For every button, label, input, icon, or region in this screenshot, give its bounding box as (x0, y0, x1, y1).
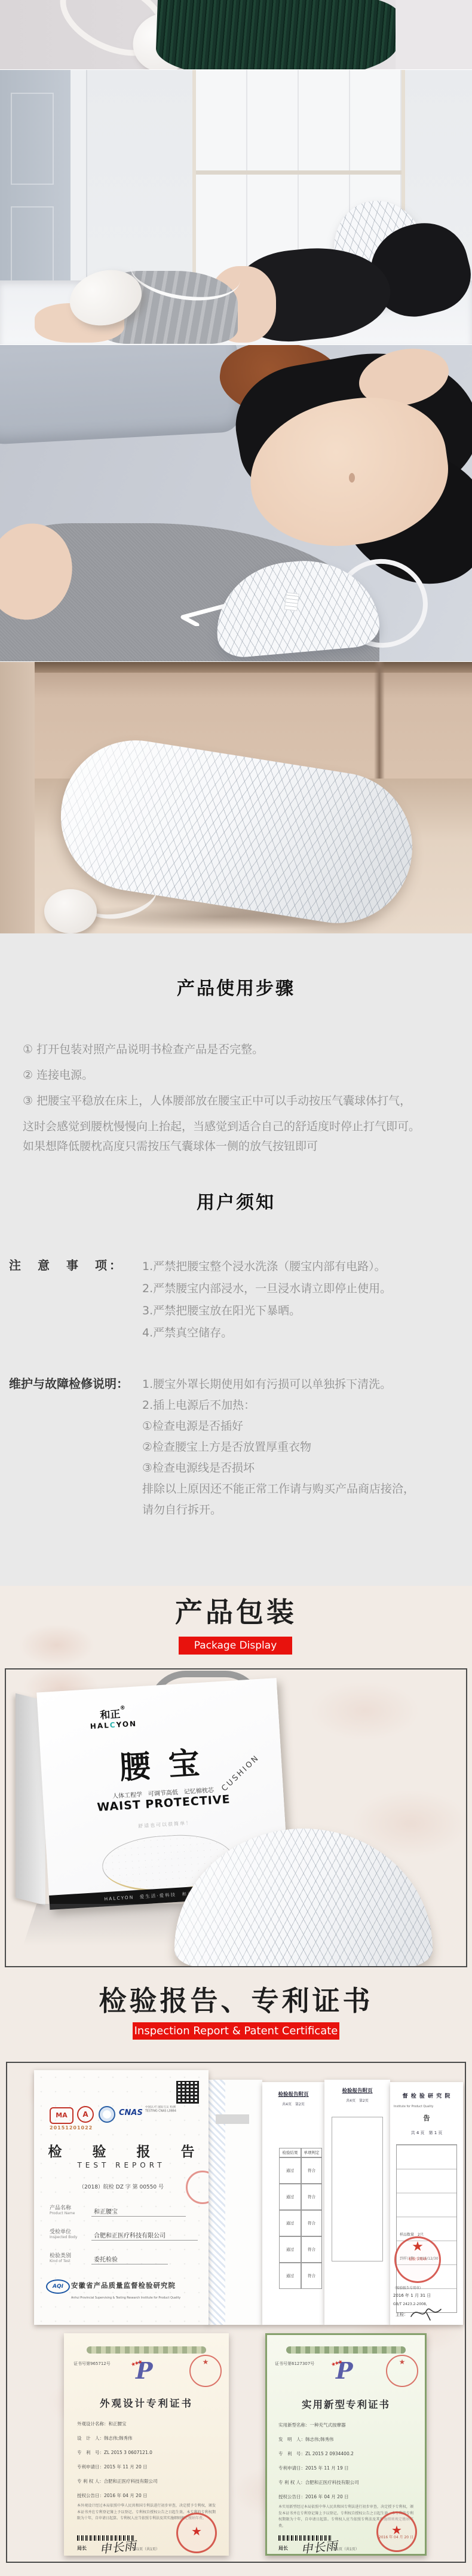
notice-item: 3.严禁把腰宝放在阳光下暴晒。 (142, 1300, 391, 1322)
sofa-armrest (0, 662, 35, 933)
notice-label: 注 意 事 项： (9, 1256, 124, 1273)
table-cell: 通过 (279, 2263, 301, 2289)
ilac-logo (99, 2106, 115, 2123)
maintenance-item: 排除以上原因还不能正常工作请与购买产品商店接洽， (142, 1479, 415, 1500)
field-label-en: Kind of Test (50, 2259, 71, 2263)
field-value: 合肥和正医疗科技有限公司 (91, 2230, 198, 2241)
form-outline (332, 2117, 383, 2261)
bedding-right (396, 0, 472, 69)
report-attachment-page-2: 检验报告附页 共4页 第2页 (324, 2080, 390, 2325)
table-cell: 符合 (301, 2157, 322, 2184)
photo-side-sleeping (0, 70, 472, 344)
maintenance-item: 1.腰宝外罩长期使用如有污损可以单独拆下清洗。 (142, 1374, 415, 1395)
photo-back-lying (0, 345, 472, 661)
gray-head-pillow (0, 345, 241, 445)
notice-title: 用户须知 (0, 1188, 472, 1214)
page-no: 共 4 页 第 1 页 (390, 2130, 463, 2136)
sofa-back-gap (0, 662, 472, 673)
chief-check-label: 主检： (396, 2312, 408, 2318)
ornament-band (286, 2346, 406, 2354)
usage-step-3: ③ 把腰宝平稳放在床上，人体腰部放在腰宝正中可以手动按压气囊球体打气， (23, 1092, 411, 1108)
usage-step-1: ① 打开包装对照产品说明书检查产品是否完整。 (23, 1040, 263, 1057)
attachment-header: 检验报告附页 (262, 2090, 324, 2098)
red-office-stamp: ★ (189, 2355, 222, 2387)
cnas-logo: CNAS (119, 2108, 143, 2117)
patent-field: 专 利 权 人：合肥和正医疗科技有限公司 (278, 2479, 359, 2486)
patent-office-emblem: P ★★★ (336, 2357, 372, 2392)
grant-date: 2016 年 04 月 20 日 (379, 2534, 413, 2540)
cal-logo: A (77, 2106, 94, 2123)
table-cell: 符合 (301, 2210, 322, 2236)
qr-code (176, 2081, 199, 2104)
notice-item: 2.严禁腰宝内部浸水，一旦浸水请立即停止使用。 (142, 1278, 391, 1300)
inspection-seal: ★ 检验专用章 (394, 2236, 441, 2283)
star-icon: ★ (178, 2514, 215, 2548)
package-photo-frame: 和正® HALCYON 腰 宝 CUSHION 人体工程学 可调节高低 记忆棉枕… (5, 1668, 467, 1967)
certs-title: 检验报告、专利证书 (0, 1979, 472, 2019)
institute-header: 督 检 验 研 究 院 (390, 2092, 463, 2099)
certificate-number: 证书号第6127307号 (275, 2361, 314, 2367)
ornament-band (87, 2346, 206, 2354)
notice-items: 1.严禁把腰宝整个浸水洗涤（腰宝内部有电路）。 2.严禁腰宝内部浸水，一旦浸水请… (142, 1256, 391, 1344)
screen-bar (196, 170, 401, 175)
maintenance-item: 2.插上电源后不加热： (142, 1395, 415, 1416)
certificate-title: 实用新型专利证书 (265, 2397, 427, 2411)
report-attachment-page: 检验报告附页 共4页 第2页 检验结果单项判定 通过符合 通过符合 通过符合 通… (262, 2082, 324, 2325)
gray-tab (216, 2114, 249, 2124)
maintenance-item: ①检查电源是否插好 (142, 1416, 415, 1437)
maintenance-items: 1.腰宝外罩长期使用如有污损可以单独拆下清洗。 2.插上电源后不加热： ①检查电… (142, 1374, 415, 1521)
page-footer: 第1页（共1页） (64, 2546, 229, 2551)
field-label-en: Inspected Body (50, 2235, 77, 2239)
package-tag-text: Package Display (194, 1640, 277, 1652)
star-icon: ★ (378, 2513, 415, 2547)
seal-note: （检验报告专用章） (393, 2285, 423, 2290)
certificates-frame: 检验报告附页 共4页 第2页 检验结果单项判定 通过符合 通过符合 通过符合 通… (6, 2062, 466, 2563)
table-cell: 通过 (279, 2184, 301, 2210)
report-field: 受检单位 Inspected Body (50, 2229, 77, 2239)
result-table: 检验结果单项判定 通过符合 通过符合 通过符合 通过符合 通过符合 (279, 2148, 322, 2289)
patent-field: 专 利 号：ZL 2015 3 0607121.0 (77, 2449, 152, 2456)
navel (349, 473, 355, 483)
attachment-page-no: 共4页 第2页 (324, 2098, 390, 2103)
usage-step-3-cont2: 如果想降低腰枕高度只需按压气囊球体一侧的放气按钮即可 (23, 1137, 318, 1153)
air-pump-bulb (44, 889, 97, 933)
box-brand: 和正® HALCYON (89, 1705, 137, 1731)
field-value: 和正腰宝 (91, 2206, 186, 2217)
door-panel (11, 93, 54, 185)
field-value: 委托检验 (91, 2254, 168, 2264)
table-cell: 符合 (301, 2236, 322, 2263)
institute-header-en: Institute for Product Quality (390, 2100, 463, 2111)
usage-title: 产品使用步骤 (0, 973, 472, 1000)
patent-field: 专利申请日：2015 年 11 月 19 日 (278, 2465, 349, 2471)
photo-sofa-pillow (0, 662, 472, 933)
package-title: 产品包装 (0, 1591, 472, 1630)
notice-item: 4.严禁真空储存。 (142, 1322, 391, 1344)
maintenance-label: 维护与故障检修说明： (9, 1374, 128, 1391)
sofa-cushion-seam (374, 662, 385, 785)
star-icon: ★ (191, 2356, 220, 2368)
red-office-stamp: ★ (386, 2355, 418, 2387)
usage-step-2: ② 连接电源。 (23, 1066, 93, 1082)
report-char: 告 (390, 2113, 463, 2123)
usage-step-3-cont: 这时会感觉到腰枕慢慢向上抬起，当感觉到适合自己的舒适度时停止打气即可。 (23, 1118, 420, 1134)
patent-field: 外观设计名称：和正腰宝 (77, 2421, 127, 2427)
table-cell: 通过 (279, 2210, 301, 2236)
report-title-en: TEST REPORT (34, 2161, 209, 2169)
certificate-title: 外观设计专利证书 (64, 2395, 229, 2410)
photo-bed-scene-top (0, 0, 472, 69)
patent-field: 实用新型名称：一种充气式按摩器 (278, 2422, 346, 2428)
patent-field: 专 利 权 人：合肥和正医疗科技有限公司 (77, 2478, 158, 2485)
report-page-blank (207, 2080, 262, 2325)
table-cell: 通过 (279, 2157, 301, 2184)
attachment-header: 检验报告附页 (324, 2087, 390, 2094)
table-cell: 符合 (301, 2263, 322, 2289)
field-label-cn: 产品名称 (50, 2205, 75, 2211)
patent-field: 授权公告日：2016 年 04 月 20 日 (77, 2492, 148, 2499)
box-slogan: 舒适也可以很简单！ (45, 1814, 285, 1836)
patent-field: 授权公告日：2016 年 04 月 20 日 (278, 2493, 349, 2500)
table-header: 单项判定 (301, 2148, 322, 2157)
green-pajama-fabric (155, 0, 400, 69)
field-label-en: Product Name (50, 2211, 75, 2215)
institute-name-en: Anhui Provincial Supervising & Testing R… (71, 2291, 203, 2303)
report-doc-no: （2018）皖检 DZ 字 第 00550 号 (34, 2183, 209, 2190)
signature-scribble (409, 2305, 445, 2322)
cma-logo: MA (50, 2107, 73, 2124)
patent-field: 专利申请日：2015 年 11 月 20 日 (77, 2464, 148, 2470)
patent-field: 发 明 人：韩志伟;韩秀伟 (278, 2436, 334, 2443)
aqi-logo: AQI (46, 2279, 70, 2294)
certificate-number: 证书号第965712号 (73, 2361, 111, 2367)
care-label (284, 592, 299, 611)
table-cell: 通过 (279, 2236, 301, 2263)
accreditation-text: 中国认可 国际互认 检测 TESTING CNAS L0884 (145, 2105, 187, 2119)
section-usage-notice: 产品使用步骤 ① 打开包装对照产品说明书检查产品是否完整。 ② 连接电源。 ③ … (0, 933, 472, 1586)
package-tag-banner: Package Display (179, 1637, 292, 1655)
seal-text: 检验专用章 (396, 2256, 439, 2261)
red-seal-partial (186, 2171, 209, 2204)
patent-field: 专 利 号：ZL 2015 2 0934400.2 (278, 2450, 354, 2457)
field-label-cn: 受检单位 (50, 2229, 77, 2235)
report-serial: 20151201022 (50, 2125, 93, 2131)
table-cell: 符合 (301, 2184, 322, 2210)
design-patent-certificate: 证书号第965712号 ★ P ★★★ 外观设计专利证书 外观设计名称：和正腰宝… (64, 2333, 229, 2556)
patent-office-emblem: P ★★★ (136, 2357, 171, 2392)
utility-patent-certificate: 证书号第6127307号 ★ P ★★★ 实用新型专利证书 实用新型名称：一种充… (265, 2333, 427, 2556)
page-footer: 第1页（共1页） (265, 2546, 427, 2551)
star-icon: ★ (387, 2356, 417, 2368)
table-header: 检验结果 (279, 2148, 301, 2157)
section-marble: 产品包装 Package Display 和正® HALCYON 腰 宝 CUS… (0, 1586, 472, 2576)
maintenance-item: 请勿自行拆开。 (142, 1500, 415, 1521)
maintenance-item: ②检查腰宝上方是否放置厚重衣物 (142, 1437, 415, 1458)
test-report-cover: MA A CNAS 中国认可 国际互认 检测 TESTING CNAS L088… (34, 2070, 209, 2325)
field-label-cn: 检验类别 (50, 2253, 71, 2259)
maintenance-item: ③检查电源线是否损坏 (142, 1458, 415, 1479)
certs-tag-banner: Inspection Report & Patent Certificate (133, 2022, 339, 2040)
seal-date: 2016 年 1 月 31 日 (393, 2293, 431, 2299)
patent-field: 设 计 人：韩志伟;韩秀伟 (77, 2435, 133, 2441)
notice-item: 1.严禁把腰宝整个浸水洗涤（腰宝内部有电路）。 (142, 1256, 391, 1278)
institute-name-cn: 安徽省产品质量监督检验研究院 (71, 2281, 176, 2290)
star-icon: ★ (396, 2238, 439, 2256)
report-title-cn: 检 验 报 告 (34, 2141, 209, 2160)
certs-tag-text: Inspection Report & Patent Certificate (134, 2025, 338, 2037)
product-detail-page: 产品使用步骤 ① 打开包装对照产品说明书检查产品是否完整。 ② 连接电源。 ③ … (0, 0, 472, 2576)
attachment-page-no: 共4页 第2页 (262, 2101, 324, 2107)
report-field: 产品名称 Product Name (50, 2205, 75, 2215)
report-field: 检验类别 Kind of Test (50, 2253, 71, 2263)
